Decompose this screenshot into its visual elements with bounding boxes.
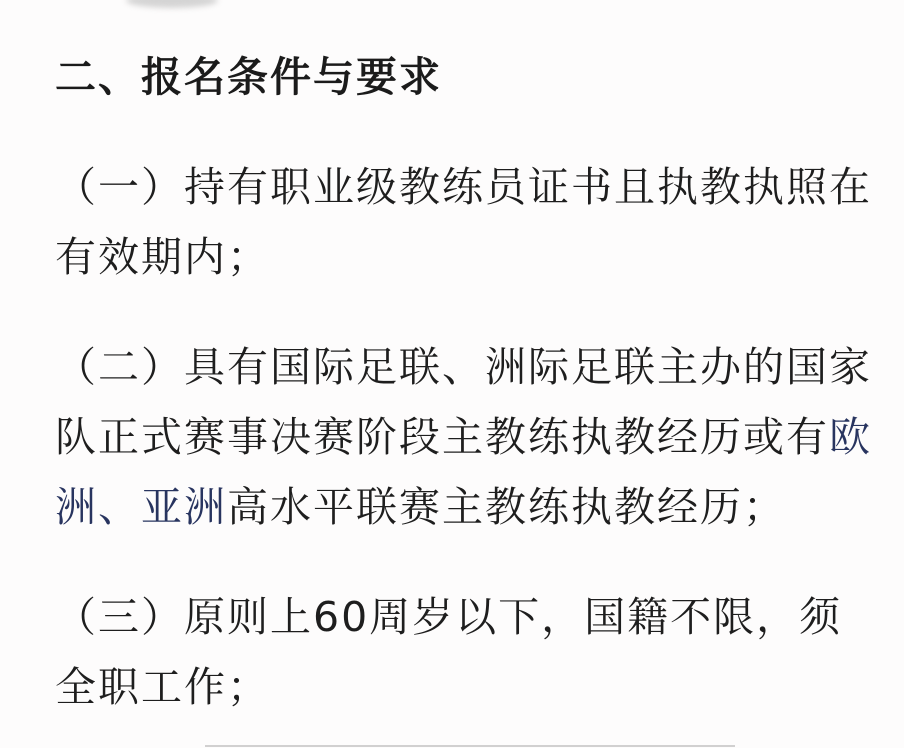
- paragraph-2-text-before-link: （二）具有国际足联、洲际足联主办的国家队正式赛事决赛阶段主教练执教经历或有: [55, 343, 872, 461]
- article-page: 二、报名条件与要求 （一）持有职业级教练员证书且执教执照在有效期内； （二）具有…: [0, 0, 904, 748]
- paragraph-requirement-3: （三）原则上60周岁以下，国籍不限，须全职工作；: [55, 582, 874, 722]
- paragraph-requirement-1: （一）持有职业级教练员证书且执教执照在有效期内；: [55, 152, 874, 292]
- paragraph-3-text: （三）原则上60周岁以下，国籍不限，须全职工作；: [55, 593, 842, 711]
- paragraph-1-text: （一）持有职业级教练员证书且执教执照在有效期内；: [55, 163, 872, 281]
- paragraph-2-text-after-link: 高水平联赛主教练执教经历；: [227, 483, 786, 531]
- article-body: 二、报名条件与要求 （一）持有职业级教练员证书且执教执照在有效期内； （二）具有…: [0, 0, 904, 722]
- section-heading: 二、报名条件与要求: [55, 42, 874, 112]
- paragraph-requirement-2: （二）具有国际足联、洲际足联主办的国家队正式赛事决赛阶段主教练执教经历或有欧洲、…: [55, 332, 874, 542]
- bottom-divider-line: [205, 745, 735, 747]
